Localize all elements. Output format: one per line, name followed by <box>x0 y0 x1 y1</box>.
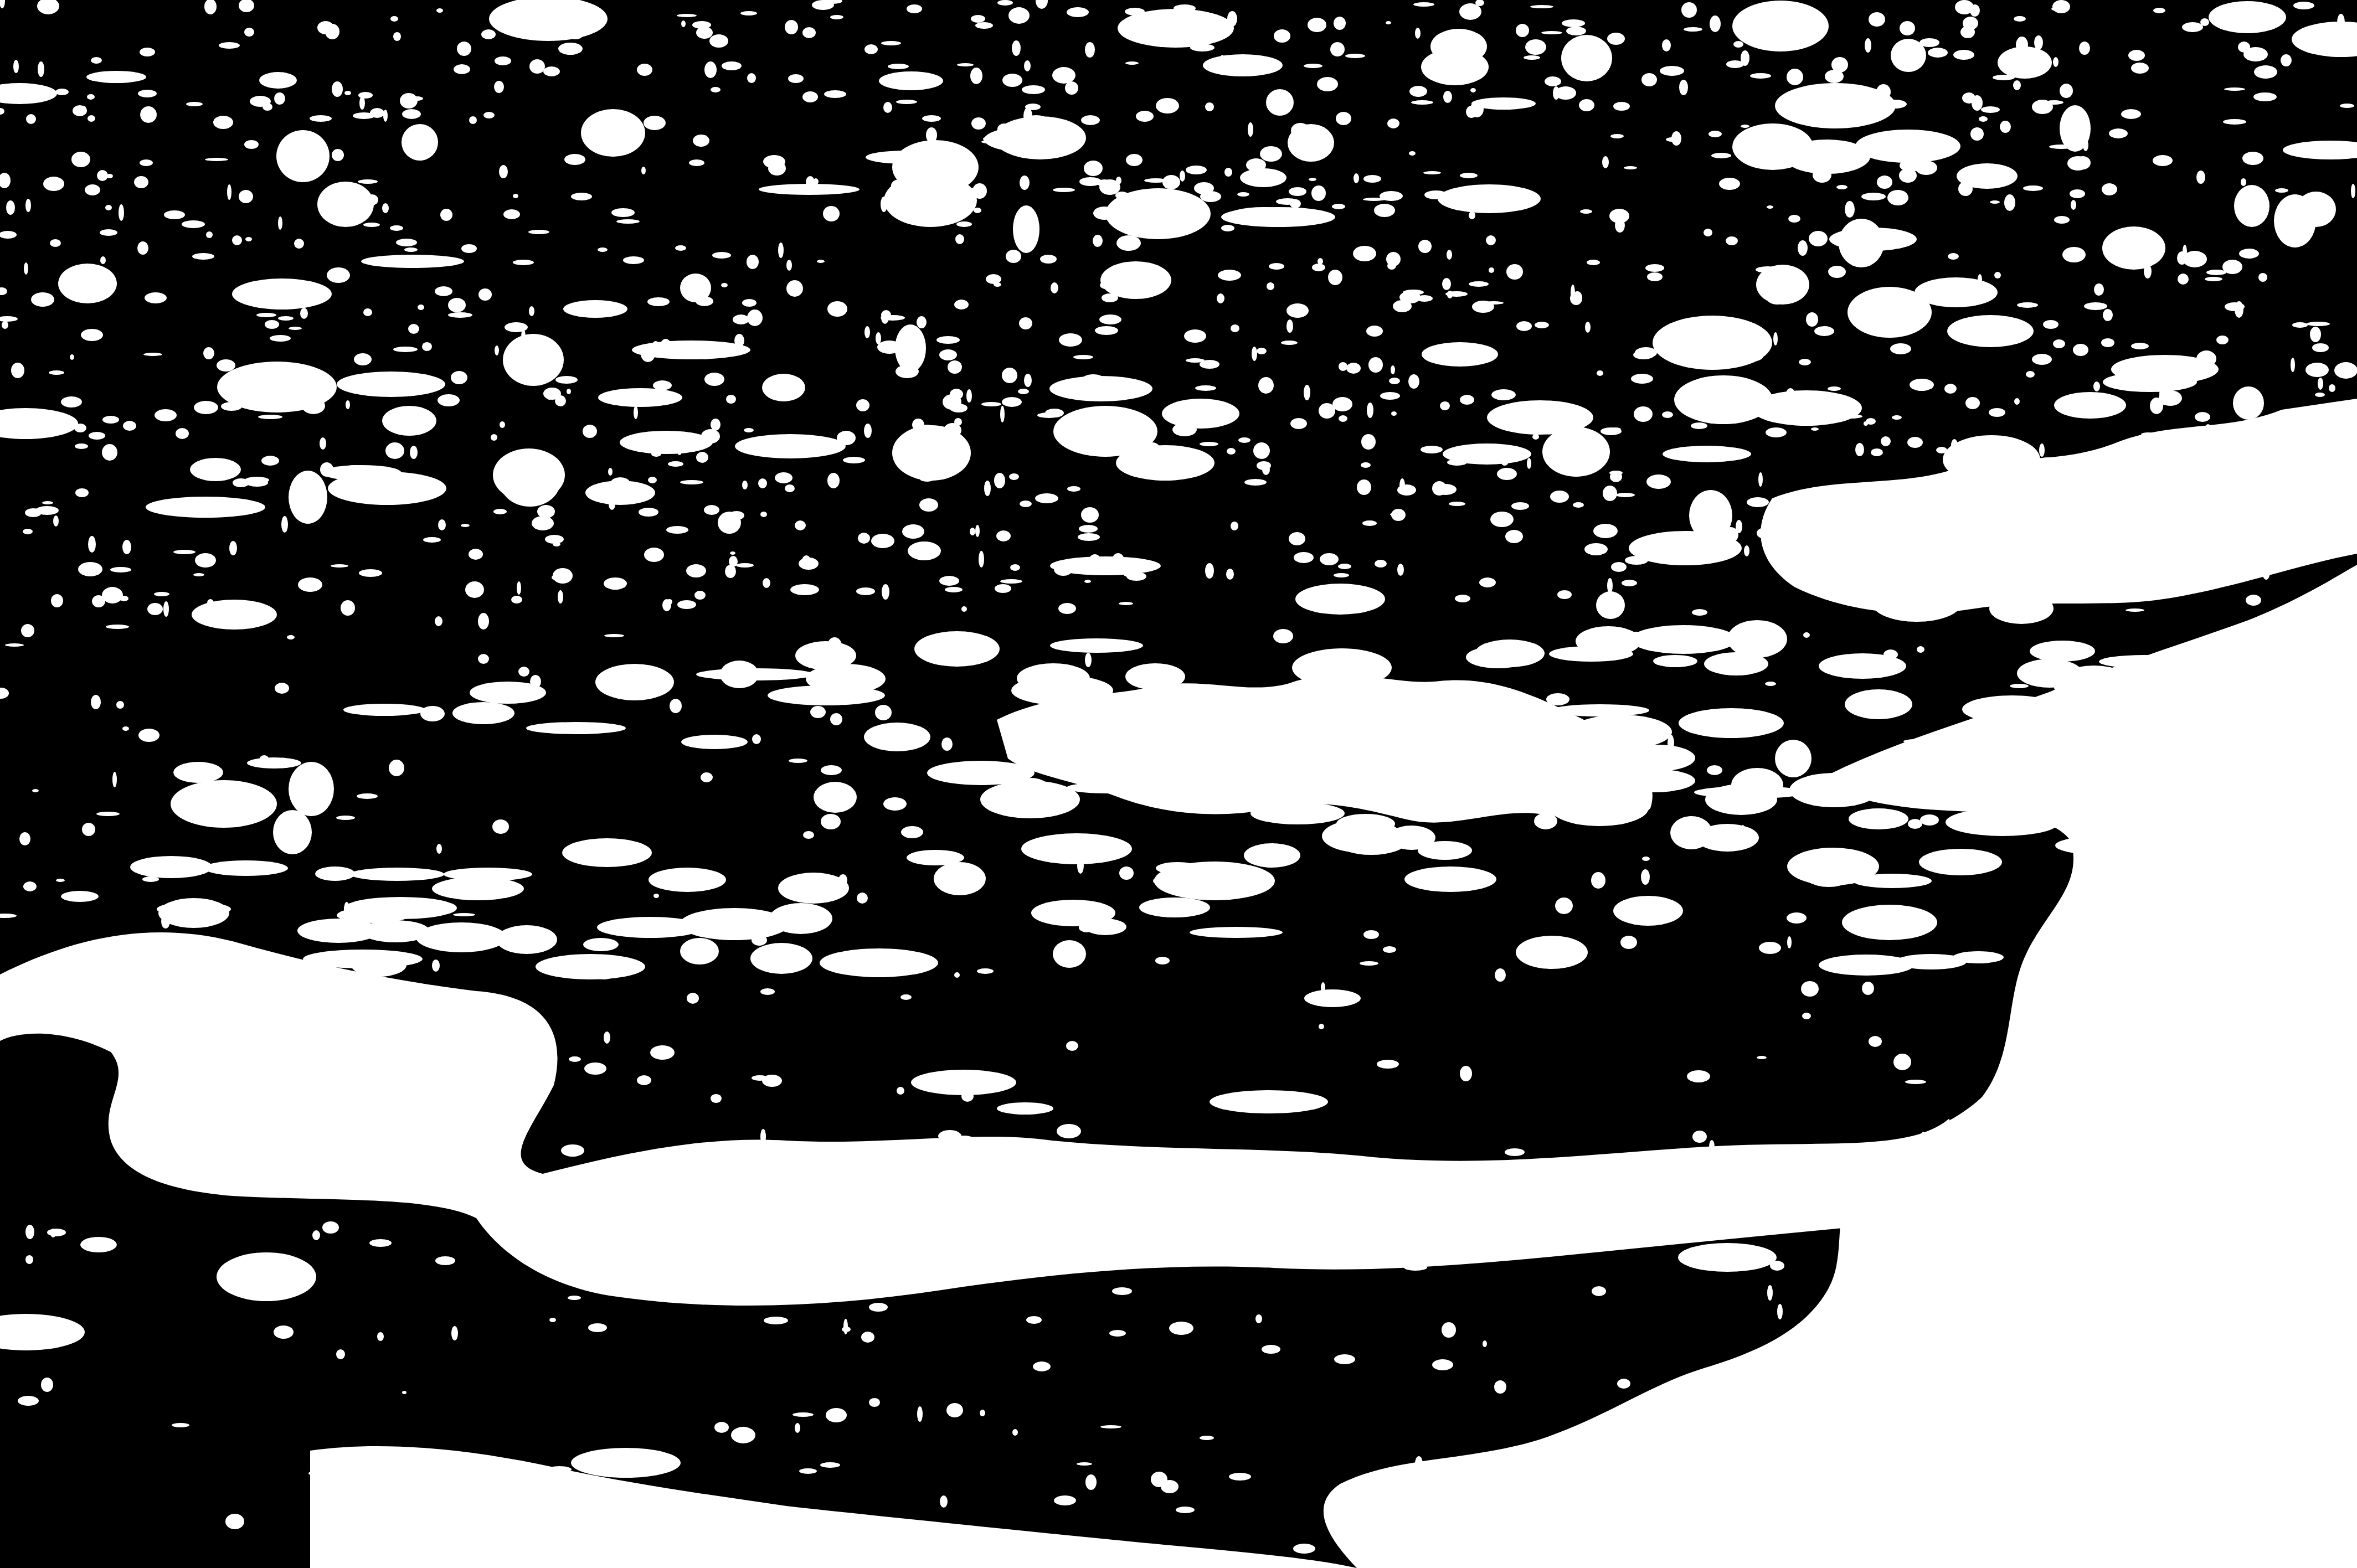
thresholded-photo <box>0 0 2357 1568</box>
